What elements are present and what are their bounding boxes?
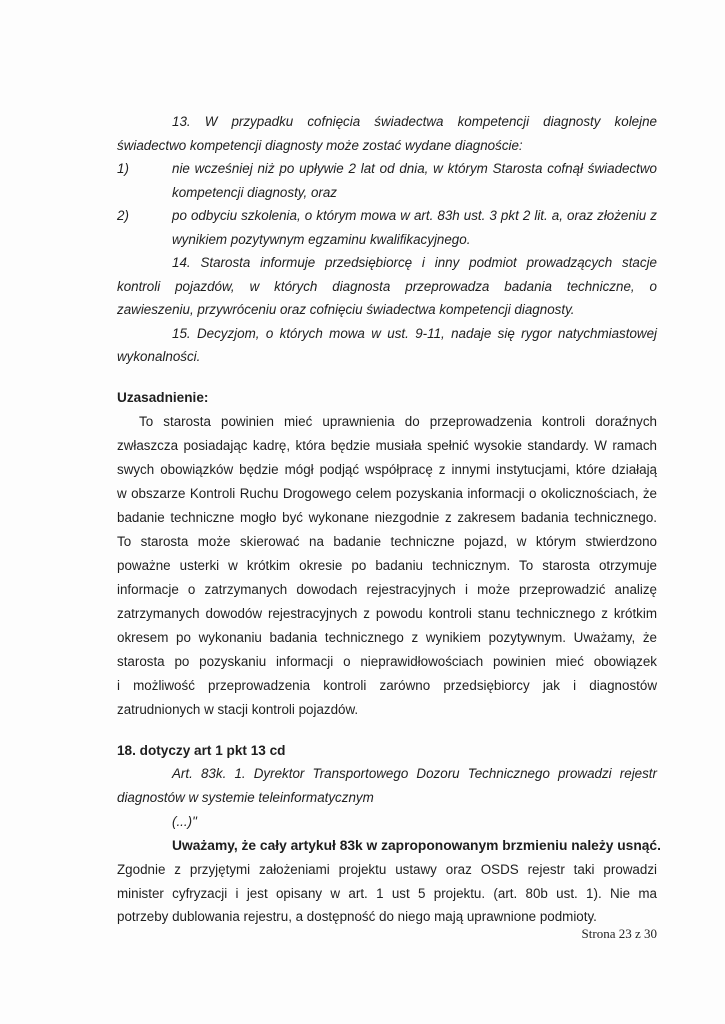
- justification-line: To starosta powinien mieć uprawnienia do…: [139, 413, 657, 431]
- justification-line: informacje o zatrzymanych dowodach rejes…: [117, 581, 657, 599]
- paragraph-15-line: 15. Decyzjom, o których mowa w ust. 9-11…: [172, 325, 657, 343]
- list-item-line: wynikiem pozytywnym egzaminu kwalifikacy…: [172, 231, 657, 249]
- justification-line: i możliwość przeprowadzenia kontroli zar…: [117, 677, 657, 695]
- list-item-line: nie wcześniej niż po upływie 2 lat od dn…: [172, 160, 657, 178]
- paragraph-13-line: świadectwo kompetencji diagnosty może zo…: [117, 137, 657, 155]
- justification-line: w obszarze Kontroli Ruchu Drogowego cele…: [117, 485, 657, 503]
- paragraph-13-line: 13. W przypadku cofnięcia świadectwa kom…: [172, 113, 657, 131]
- section-heading-justification: Uzasadnienie:: [117, 389, 657, 407]
- justification-line: badanie techniczne mogło być wykonane ni…: [117, 509, 657, 527]
- conclusion-bold-line: Uważamy, że cały artykuł 83k w zapropono…: [172, 837, 657, 855]
- list-number: 2): [117, 207, 129, 225]
- paragraph-15-line: wykonalności.: [117, 348, 657, 366]
- section-18-line: Zgodnie z przyjętymi założeniami projekt…: [117, 861, 657, 879]
- justification-line: poważne usterki w krótkim okresie po bad…: [117, 557, 657, 575]
- document-page: 13. W przypadku cofnięcia świadectwa kom…: [0, 0, 725, 1024]
- paragraph-14-line: zawieszeniu, przywróceniu oraz cofnięciu…: [117, 301, 657, 319]
- section-heading-18: 18. dotyczy art 1 pkt 13 cd: [117, 742, 657, 760]
- justification-line: starosta po pozyskaniu informacji o niep…: [117, 653, 657, 671]
- page-number: Strona 23 z 30: [582, 926, 657, 942]
- quote-line: diagnostów w systemie teleinformatycznym: [117, 789, 657, 807]
- justification-line: zwłaszcza posiadając kadrę, która będzie…: [117, 437, 657, 455]
- quote-line: Art. 83k. 1. Dyrektor Transportowego Doz…: [172, 765, 657, 783]
- list-number: 1): [117, 160, 129, 178]
- section-18-line: potrzeby dublowania rejestru, a dostępno…: [117, 908, 657, 926]
- list-item-line: kompetencji diagnosty, oraz: [172, 184, 657, 202]
- list-item-line: po odbyciu szkolenia, o którym mowa w ar…: [172, 207, 657, 225]
- justification-line: zatrudnionych w stacji kontroli pojazdów…: [117, 701, 657, 719]
- section-18-line: minister cyfryzacji i jest opisany w art…: [117, 885, 657, 903]
- paragraph-14-line: kontroli pojazdów, w których diagnosta p…: [117, 278, 657, 296]
- justification-line: okresem po wykonaniu badania techniczneg…: [117, 629, 657, 647]
- quote-line: (...)": [172, 813, 657, 831]
- justification-line: zatrzymanych dowodów rejestracyjnych z p…: [117, 605, 657, 623]
- paragraph-14-line: 14. Starosta informuje przedsiębiorcę i …: [172, 254, 657, 272]
- justification-line: swych obowiązków będzie mógł podjąć wspó…: [117, 461, 657, 479]
- justification-line: To starosta może skierować na badanie te…: [117, 533, 657, 551]
